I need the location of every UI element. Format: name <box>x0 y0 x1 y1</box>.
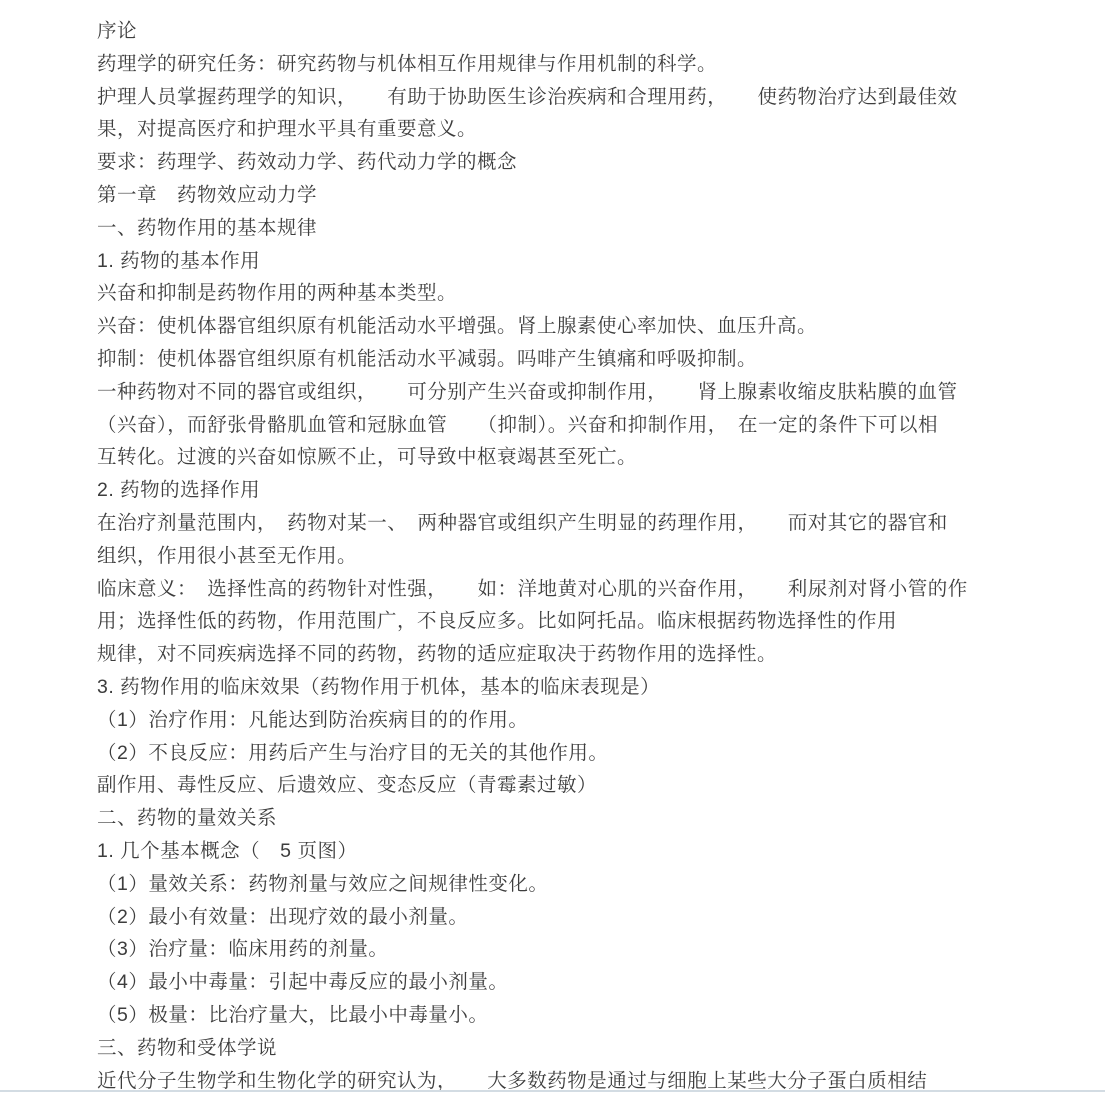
text-line: 三、药物和受体学说 <box>97 1032 1002 1065</box>
text-line: 1. 药物的基本作用 <box>97 245 1002 278</box>
text-line: 规律，对不同疾病选择不同的药物，药物的适应症取决于药物作用的选择性。 <box>97 638 1002 671</box>
text-line: 一种药物对不同的器官或组织， 可分别产生兴奋或抑制作用， 肾上腺素收缩皮肤粘膜的… <box>97 376 1002 409</box>
bottom-divider <box>0 1090 1105 1092</box>
text-line: 互转化。过渡的兴奋如惊厥不止，可导致中枢衰竭甚至死亡。 <box>97 441 1002 474</box>
text-line: （2）最小有效量：出现疗效的最小剂量。 <box>97 901 1002 934</box>
text-line: 组织，作用很小甚至无作用。 <box>97 540 1002 573</box>
text-line: 药理学的研究任务：研究药物与机体相互作用规律与作用机制的科学。 <box>97 48 1002 81</box>
text-line: （兴奋），而舒张骨骼肌血管和冠脉血管 （抑制）。兴奋和抑制作用， 在一定的条件下… <box>97 409 1002 442</box>
text-line: （3）治疗量：临床用药的剂量。 <box>97 933 1002 966</box>
text-line: 在治疗剂量范围内， 药物对某一、 两种器官或组织产生明显的药理作用， 而对其它的… <box>97 507 1002 540</box>
text-line: 2. 药物的选择作用 <box>97 474 1002 507</box>
text-line: 用；选择性低的药物，作用范围广，不良反应多。比如阿托品。临床根据药物选择性的作用 <box>97 605 1002 638</box>
text-line: 兴奋：使机体器官组织原有机能活动水平增强。肾上腺素使心率加快、血压升高。 <box>97 310 1002 343</box>
text-line: 近代分子生物学和生物化学的研究认为， 大多数药物是通过与细胞上某些大分子蛋白质相… <box>97 1065 1002 1098</box>
text-line: 第一章 药物效应动力学 <box>97 179 1002 212</box>
text-line: 3. 药物作用的临床效果（药物作用于机体，基本的临床表现是） <box>97 671 1002 704</box>
document-text-body: 序论药理学的研究任务：研究药物与机体相互作用规律与作用机制的科学。护理人员掌握药… <box>97 0 1002 1097</box>
text-line: 副作用、毒性反应、后遗效应、变态反应（青霉素过敏） <box>97 769 1002 802</box>
text-line: 要求：药理学、药效动力学、药代动力学的概念 <box>97 146 1002 179</box>
text-line: 序论 <box>97 15 1002 48</box>
text-line: 一、药物作用的基本规律 <box>97 212 1002 245</box>
text-line: （5）极量：比治疗量大，比最小中毒量小。 <box>97 999 1002 1032</box>
document-page: 序论药理学的研究任务：研究药物与机体相互作用规律与作用机制的科学。护理人员掌握药… <box>0 0 1105 1098</box>
text-line: （1）治疗作用：凡能达到防治疾病目的的作用。 <box>97 704 1002 737</box>
text-line: 临床意义： 选择性高的药物针对性强， 如：洋地黄对心肌的兴奋作用， 利尿剂对肾小… <box>97 573 1002 606</box>
text-line: 二、药物的量效关系 <box>97 802 1002 835</box>
text-line: 兴奋和抑制是药物作用的两种基本类型。 <box>97 277 1002 310</box>
text-line: 果，对提高医疗和护理水平具有重要意义。 <box>97 113 1002 146</box>
text-line: 抑制：使机体器官组织原有机能活动水平减弱。吗啡产生镇痛和呼吸抑制。 <box>97 343 1002 376</box>
text-line: （1）量效关系：药物剂量与效应之间规律性变化。 <box>97 868 1002 901</box>
text-line: 1. 几个基本概念（ 5 页图） <box>97 835 1002 868</box>
text-line: （4）最小中毒量：引起中毒反应的最小剂量。 <box>97 966 1002 999</box>
text-line: （2）不良反应：用药后产生与治疗目的无关的其他作用。 <box>97 737 1002 770</box>
text-line: 护理人员掌握药理学的知识， 有助于协助医生诊治疾病和合理用药， 使药物治疗达到最… <box>97 81 1002 114</box>
